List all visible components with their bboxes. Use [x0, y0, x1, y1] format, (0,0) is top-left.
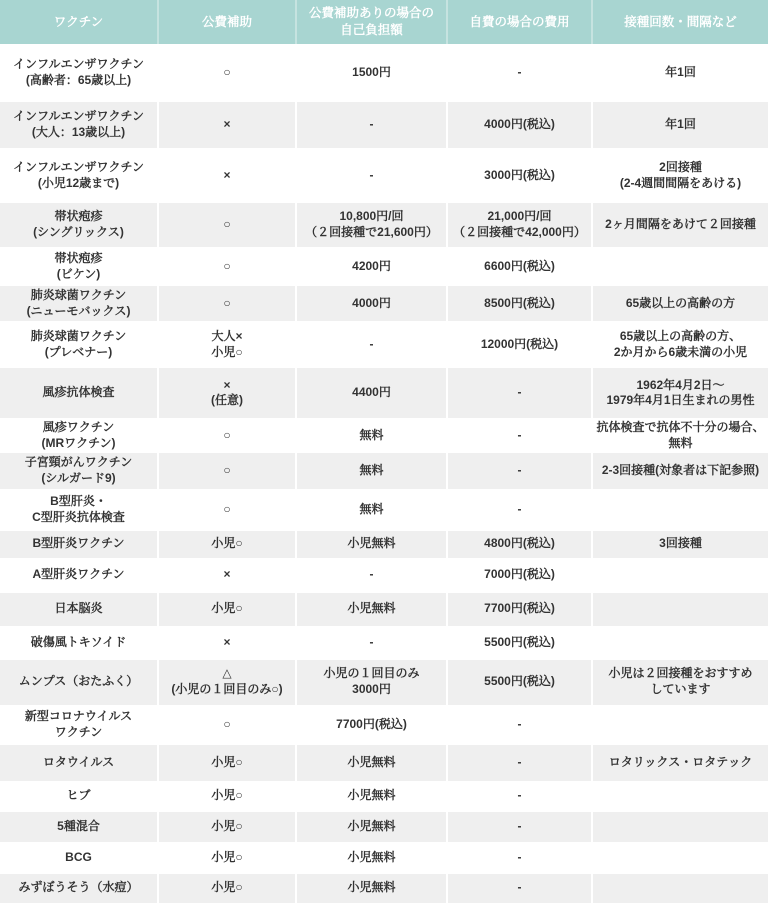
table-row: A型肝炎ワクチン × - 7000円(税込) — [0, 558, 768, 593]
table-row: 5種混合 小児○ 小児無料 - — [0, 812, 768, 842]
table-row: 帯状疱疹 (シングリックス) ○ 10,800円/回 （２回接種で21,600円… — [0, 203, 768, 247]
cell-self-cost-amount: 5500円(税込) — [447, 660, 592, 705]
cell-subsidy-mark: 小児○ — [158, 874, 296, 903]
table-row: 風疹抗体検査 × (任意) 4400円 - 1962年4月2日～ 1979年4月… — [0, 368, 768, 418]
cell-copay-amount: - — [296, 321, 447, 368]
cell-copay-amount: 小児無料 — [296, 593, 447, 626]
cell-subsidy-mark: ○ — [158, 203, 296, 247]
cell-vaccine-name: ロタウイルス — [0, 745, 158, 781]
cell-dose-notes: 小児は２回接種をおすすめ しています — [592, 660, 768, 705]
table-row: インフルエンザワクチン (小児12歳まで) × - 3000円(税込) 2回接種… — [0, 148, 768, 203]
table-row: 破傷風トキソイド × - 5500円(税込) — [0, 626, 768, 660]
cell-copay-amount: 4200円 — [296, 247, 447, 286]
cell-self-cost-amount: - — [447, 745, 592, 781]
cell-dose-notes: 年1回 — [592, 102, 768, 148]
cell-copay-amount: 小児無料 — [296, 531, 447, 558]
table-row: 新型コロナウイルス ワクチン ○ 7700円(税込) - — [0, 705, 768, 745]
cell-subsidy-mark: 小児○ — [158, 781, 296, 812]
cell-copay-amount: 小児無料 — [296, 874, 447, 903]
cell-subsidy-mark: 大人× 小児○ — [158, 321, 296, 368]
table-row: ヒブ 小児○ 小児無料 - — [0, 781, 768, 812]
cell-dose-notes: 年1回 — [592, 44, 768, 102]
vaccine-price-table: ワクチン 公費補助 公費補助ありの場合の 自己負担額 自費の場合の費用 接種回数… — [0, 0, 768, 903]
cell-copay-amount: 1500円 — [296, 44, 447, 102]
cell-self-cost-amount: 7000円(税込) — [447, 558, 592, 593]
cell-copay-amount: 小児無料 — [296, 745, 447, 781]
header-cell-self-cost: 自費の場合の費用 — [447, 0, 592, 44]
cell-subsidy-mark: 小児○ — [158, 812, 296, 842]
cell-vaccine-name: A型肝炎ワクチン — [0, 558, 158, 593]
cell-vaccine-name: 5種混合 — [0, 812, 158, 842]
table-row: インフルエンザワクチン (高齢者：65歳以上) ○ 1500円 - 年1回 — [0, 44, 768, 102]
cell-vaccine-name: ムンプス（おたふく） — [0, 660, 158, 705]
header-cell-copay: 公費補助ありの場合の 自己負担額 — [296, 0, 447, 44]
cell-self-cost-amount: 8500円(税込) — [447, 286, 592, 321]
cell-copay-amount: 小児の１回目のみ 3000円 — [296, 660, 447, 705]
table-row: ムンプス（おたふく） △ (小児の１回目のみ○) 小児の１回目のみ 3000円 … — [0, 660, 768, 705]
cell-dose-notes: 2ヶ月間隔をあけて２回接種 — [592, 203, 768, 247]
cell-dose-notes: 2回接種 (2-4週間間隔をあける) — [592, 148, 768, 203]
cell-self-cost-amount: - — [447, 781, 592, 812]
table-row: B型肝炎ワクチン 小児○ 小児無料 4800円(税込) 3回接種 — [0, 531, 768, 558]
cell-subsidy-mark: × — [158, 626, 296, 660]
cell-vaccine-name: 破傷風トキソイド — [0, 626, 158, 660]
table-row: 帯状疱疹 (ビケン) ○ 4200円 6600円(税込) — [0, 247, 768, 286]
cell-self-cost-amount: 5500円(税込) — [447, 626, 592, 660]
cell-vaccine-name: 日本脳炎 — [0, 593, 158, 626]
cell-self-cost-amount: - — [447, 842, 592, 874]
cell-dose-notes — [592, 558, 768, 593]
table-row: みずぼうそう（水痘） 小児○ 小児無料 - — [0, 874, 768, 903]
cell-vaccine-name: BCG — [0, 842, 158, 874]
cell-vaccine-name: インフルエンザワクチン (大人：13歳以上) — [0, 102, 158, 148]
cell-copay-amount: - — [296, 558, 447, 593]
cell-self-cost-amount: 12000円(税込) — [447, 321, 592, 368]
header-cell-vaccine: ワクチン — [0, 0, 158, 44]
cell-copay-amount: 小児無料 — [296, 842, 447, 874]
cell-vaccine-name: 新型コロナウイルス ワクチン — [0, 705, 158, 745]
cell-dose-notes — [592, 842, 768, 874]
cell-subsidy-mark: ○ — [158, 44, 296, 102]
cell-dose-notes — [592, 874, 768, 903]
table-row: 肺炎球菌ワクチン (ニューモバックス) ○ 4000円 8500円(税込) 65… — [0, 286, 768, 321]
cell-dose-notes: ロタリックス・ロタテック — [592, 745, 768, 781]
table-row: インフルエンザワクチン (大人：13歳以上) × - 4000円(税込) 年1回 — [0, 102, 768, 148]
table-row: 子宮頸がんワクチン (シルガード9) ○ 無料 - 2-3回接種(対象者は下記参… — [0, 453, 768, 488]
cell-copay-amount: 無料 — [296, 418, 447, 453]
cell-self-cost-amount: 4800円(税込) — [447, 531, 592, 558]
cell-vaccine-name: みずぼうそう（水痘） — [0, 874, 158, 903]
table-body: インフルエンザワクチン (高齢者：65歳以上) ○ 1500円 - 年1回 イン… — [0, 44, 768, 903]
cell-subsidy-mark: ○ — [158, 418, 296, 453]
cell-subsidy-mark: ○ — [158, 489, 296, 531]
cell-dose-notes: 1962年4月2日～ 1979年4月1日生まれの男性 — [592, 368, 768, 418]
cell-subsidy-mark: ○ — [158, 705, 296, 745]
cell-dose-notes — [592, 489, 768, 531]
cell-self-cost-amount: - — [447, 874, 592, 903]
cell-copay-amount: 4000円 — [296, 286, 447, 321]
cell-subsidy-mark: 小児○ — [158, 842, 296, 874]
cell-vaccine-name: ヒブ — [0, 781, 158, 812]
cell-self-cost-amount: - — [447, 44, 592, 102]
cell-self-cost-amount: 6600円(税込) — [447, 247, 592, 286]
cell-copay-amount: - — [296, 626, 447, 660]
cell-dose-notes — [592, 593, 768, 626]
cell-subsidy-mark: 小児○ — [158, 593, 296, 626]
cell-vaccine-name: B型肝炎ワクチン — [0, 531, 158, 558]
cell-copay-amount: 無料 — [296, 453, 447, 488]
table-row: B型肝炎・ C型肝炎抗体検査 ○ 無料 - — [0, 489, 768, 531]
cell-subsidy-mark: 小児○ — [158, 531, 296, 558]
cell-self-cost-amount: 3000円(税込) — [447, 148, 592, 203]
cell-subsidy-mark: × (任意) — [158, 368, 296, 418]
table-row: 日本脳炎 小児○ 小児無料 7700円(税込) — [0, 593, 768, 626]
cell-copay-amount: 7700円(税込) — [296, 705, 447, 745]
cell-vaccine-name: インフルエンザワクチン (高齢者：65歳以上) — [0, 44, 158, 102]
header-row: ワクチン 公費補助 公費補助ありの場合の 自己負担額 自費の場合の費用 接種回数… — [0, 0, 768, 44]
header-cell-notes: 接種回数・間隔など — [592, 0, 768, 44]
cell-subsidy-mark: × — [158, 102, 296, 148]
cell-self-cost-amount: 7700円(税込) — [447, 593, 592, 626]
cell-dose-notes: 2-3回接種(対象者は下記参照) — [592, 453, 768, 488]
cell-vaccine-name: 肺炎球菌ワクチン (ニューモバックス) — [0, 286, 158, 321]
cell-dose-notes — [592, 626, 768, 660]
cell-self-cost-amount: - — [447, 812, 592, 842]
table-header: ワクチン 公費補助 公費補助ありの場合の 自己負担額 自費の場合の費用 接種回数… — [0, 0, 768, 44]
cell-vaccine-name: 帯状疱疹 (ビケン) — [0, 247, 158, 286]
cell-self-cost-amount: - — [447, 489, 592, 531]
cell-copay-amount: 10,800円/回 （２回接種で21,600円） — [296, 203, 447, 247]
cell-copay-amount: - — [296, 102, 447, 148]
cell-subsidy-mark: ○ — [158, 247, 296, 286]
cell-copay-amount: 小児無料 — [296, 781, 447, 812]
cell-vaccine-name: 肺炎球菌ワクチン (プレベナー) — [0, 321, 158, 368]
cell-subsidy-mark: ○ — [158, 286, 296, 321]
cell-self-cost-amount: - — [447, 368, 592, 418]
header-cell-subsidy: 公費補助 — [158, 0, 296, 44]
cell-self-cost-amount: 21,000円/回 （２回接種で42,000円） — [447, 203, 592, 247]
cell-vaccine-name: インフルエンザワクチン (小児12歳まで) — [0, 148, 158, 203]
cell-subsidy-mark: × — [158, 148, 296, 203]
cell-vaccine-name: 風疹抗体検査 — [0, 368, 158, 418]
table-row: 風疹ワクチン (MRワクチン) ○ 無料 - 抗体検査で抗体不十分の場合、 無料 — [0, 418, 768, 453]
cell-dose-notes: 65歳以上の高齢の方 — [592, 286, 768, 321]
table-row: 肺炎球菌ワクチン (プレベナー) 大人× 小児○ - 12000円(税込) 65… — [0, 321, 768, 368]
cell-dose-notes: 抗体検査で抗体不十分の場合、 無料 — [592, 418, 768, 453]
cell-copay-amount: 小児無料 — [296, 812, 447, 842]
cell-vaccine-name: 子宮頸がんワクチン (シルガード9) — [0, 453, 158, 488]
cell-copay-amount: 4400円 — [296, 368, 447, 418]
cell-subsidy-mark: △ (小児の１回目のみ○) — [158, 660, 296, 705]
cell-dose-notes — [592, 705, 768, 745]
cell-vaccine-name: B型肝炎・ C型肝炎抗体検査 — [0, 489, 158, 531]
cell-self-cost-amount: - — [447, 453, 592, 488]
cell-dose-notes — [592, 812, 768, 842]
cell-dose-notes: 3回接種 — [592, 531, 768, 558]
cell-dose-notes — [592, 247, 768, 286]
cell-subsidy-mark: ○ — [158, 453, 296, 488]
cell-dose-notes: 65歳以上の高齢の方、 2か月から6歳未満の小児 — [592, 321, 768, 368]
cell-self-cost-amount: - — [447, 705, 592, 745]
cell-copay-amount: - — [296, 148, 447, 203]
cell-vaccine-name: 風疹ワクチン (MRワクチン) — [0, 418, 158, 453]
table-row: ロタウイルス 小児○ 小児無料 - ロタリックス・ロタテック — [0, 745, 768, 781]
cell-self-cost-amount: 4000円(税込) — [447, 102, 592, 148]
cell-copay-amount: 無料 — [296, 489, 447, 531]
cell-subsidy-mark: 小児○ — [158, 745, 296, 781]
table-row: BCG 小児○ 小児無料 - — [0, 842, 768, 874]
cell-self-cost-amount: - — [447, 418, 592, 453]
cell-subsidy-mark: × — [158, 558, 296, 593]
cell-vaccine-name: 帯状疱疹 (シングリックス) — [0, 203, 158, 247]
cell-dose-notes — [592, 781, 768, 812]
